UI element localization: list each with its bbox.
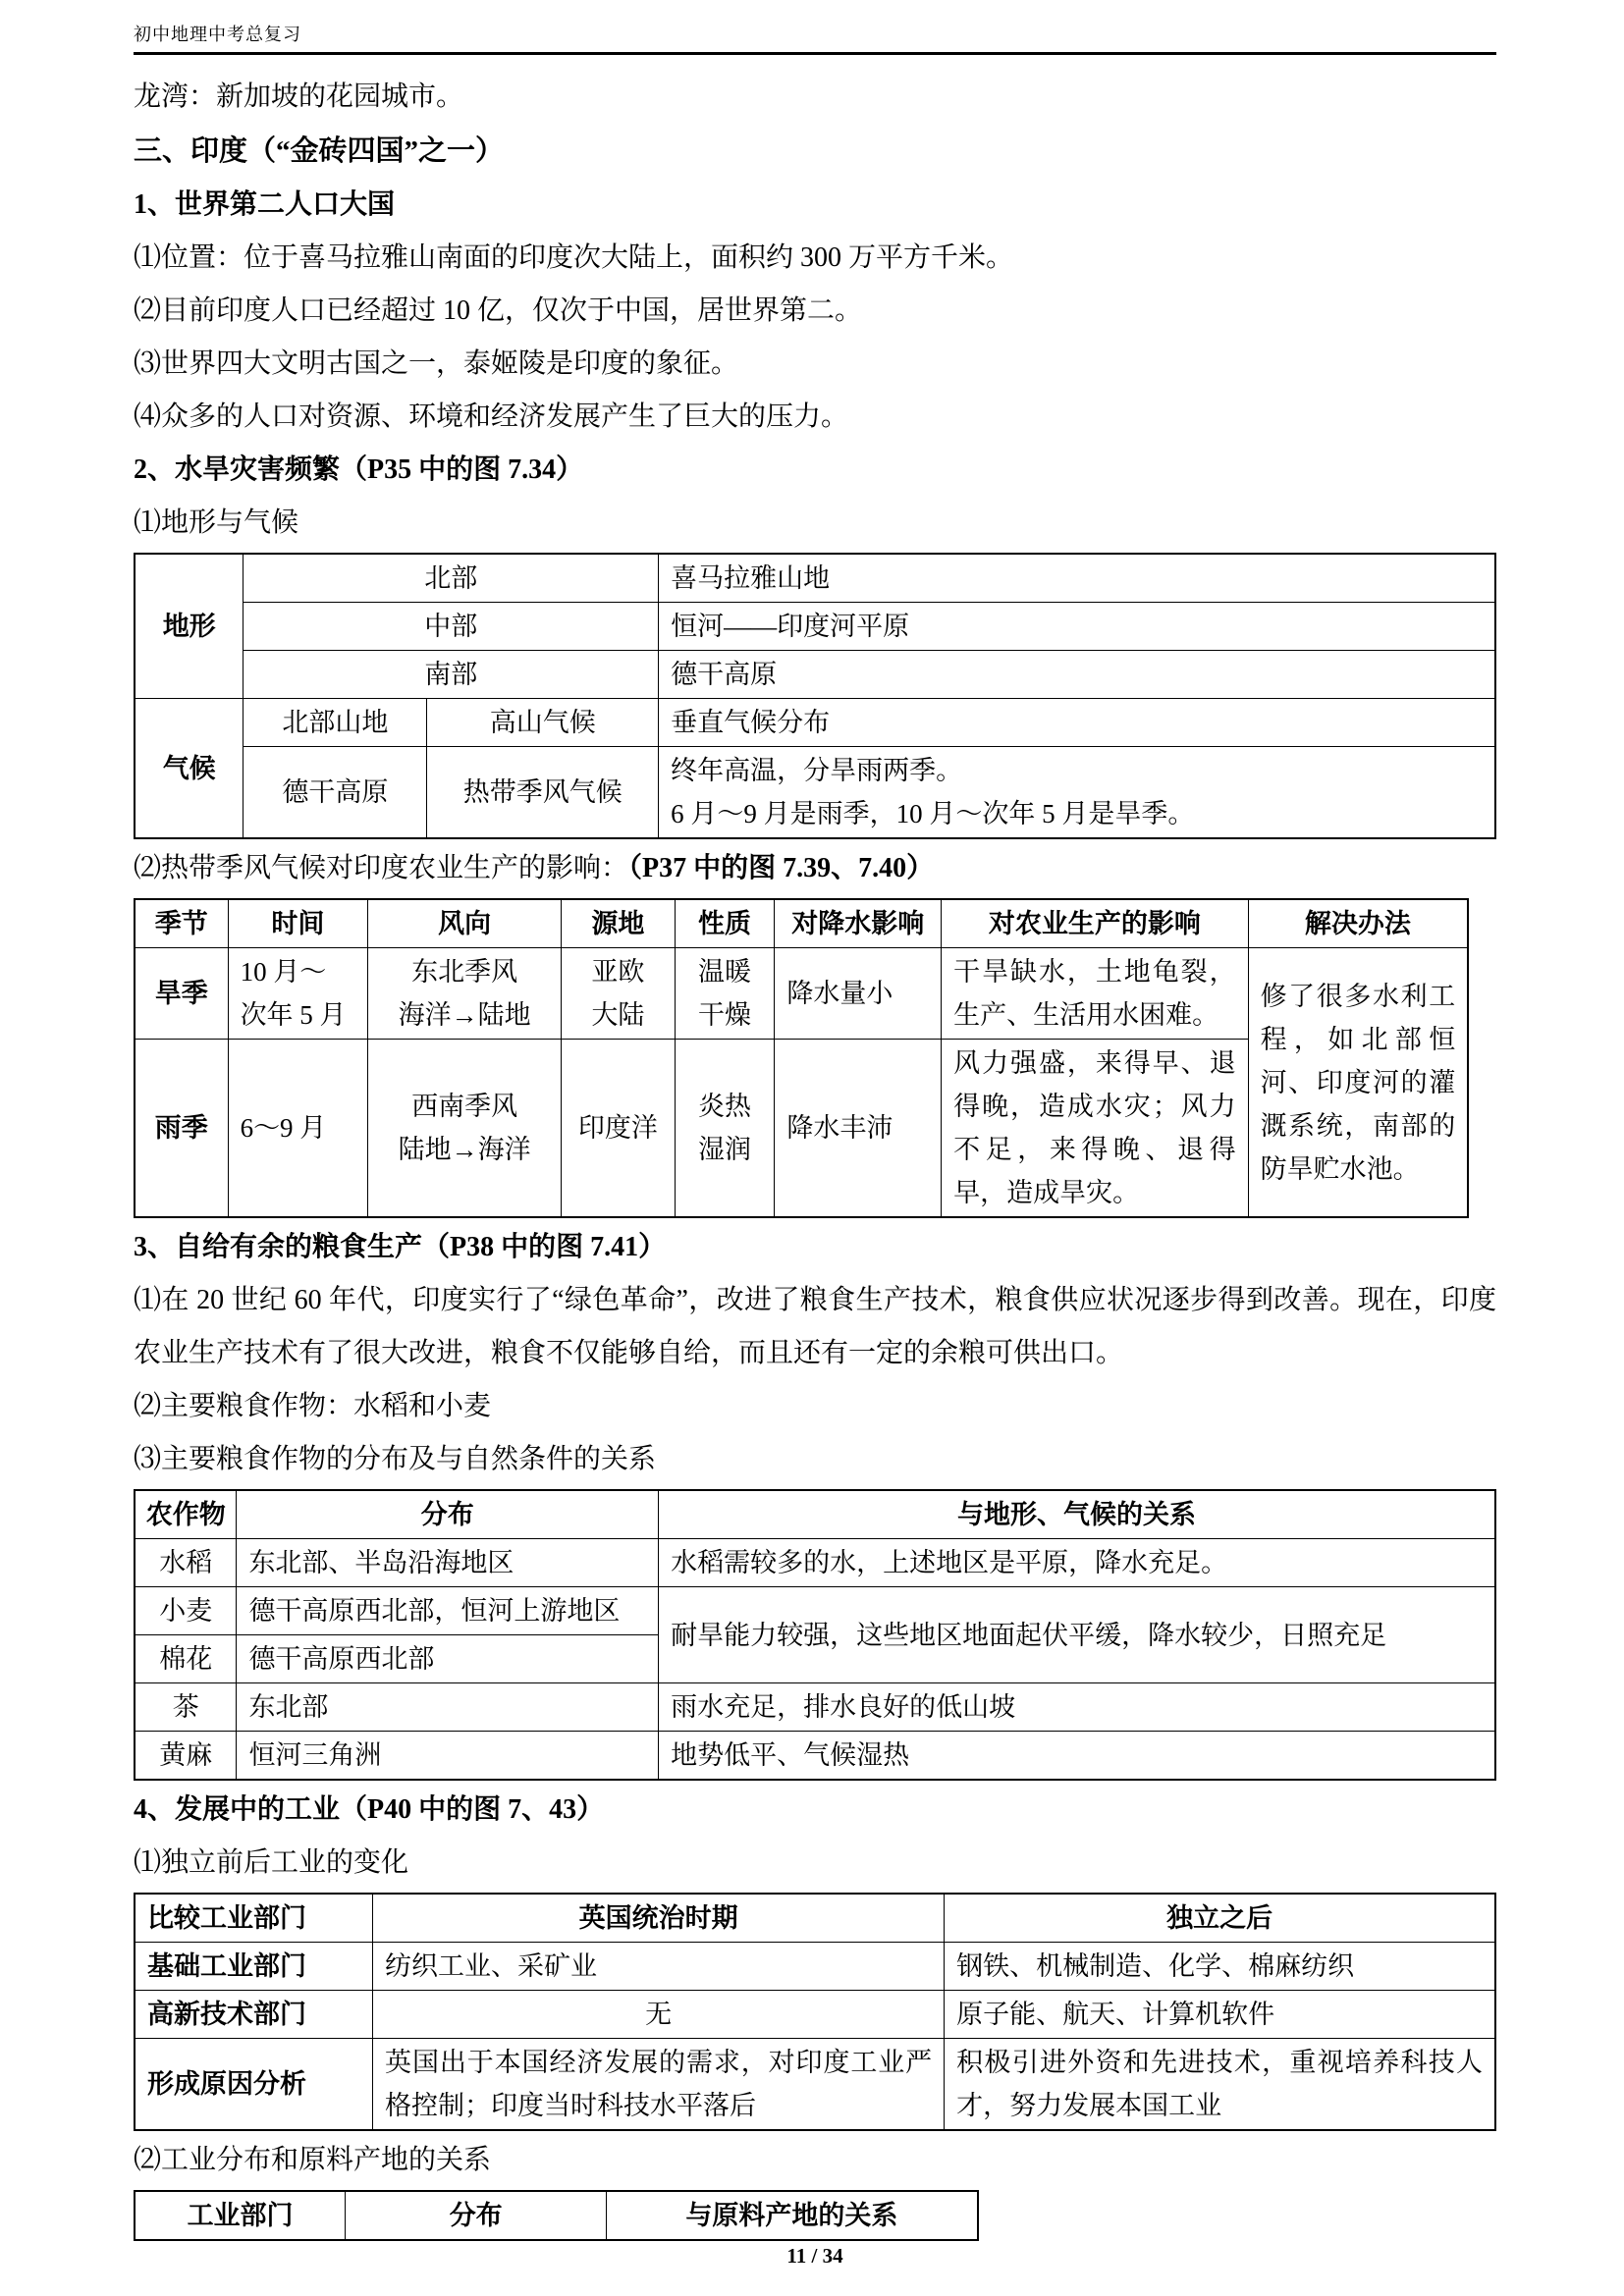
season-wind: 西南季风 陆地→海洋: [368, 1040, 562, 1218]
season-solution: 修了很多水利工程，如北部恒河、印度河的灌溉系统，南部的防旱贮水池。: [1248, 948, 1468, 1218]
sub2-title: 2、水旱灾害频繁（P35 中的图 7.34）: [134, 444, 1496, 497]
crop-dist: 东北部、半岛沿海地区: [237, 1539, 659, 1587]
industry-table: 比较工业部门 英国统治时期 独立之后 基础工业部门 纺织工业、采矿业 钢铁、机械…: [134, 1893, 1496, 2131]
col-header: 独立之后: [945, 1894, 1495, 1943]
doc-header: 初中地理中考总复习: [134, 22, 1496, 47]
industry-colonial: 无: [373, 1991, 945, 2039]
season-agri: 风力强盛，来得早、退得晚，造成水灾；风力不足，来得晚、退得早，造成旱灾。: [942, 1040, 1248, 1218]
col-header: 时间: [228, 899, 368, 948]
col-header: 农作物: [135, 1490, 237, 1539]
sub4-label1: ⑴独立前后工业的变化: [134, 1837, 1496, 1890]
table-row: 中部 恒河——印度河平原: [135, 603, 1495, 651]
sub1-item: ⑵目前印度人口已经超过 10 亿，仅次于中国，居世界第二。: [134, 285, 1496, 338]
crop-relation: 耐旱能力较强，这些地区地面起伏平缓，降水较少，日照充足: [659, 1587, 1495, 1683]
col-header: 与原料产地的关系: [607, 2191, 978, 2240]
sub2-label2-ref: （P37 中的图 7.39、7.40）: [628, 853, 934, 883]
season-source: 亚欧 大陆: [562, 948, 675, 1040]
terrain-part: 南部: [244, 651, 659, 699]
sub3-paragraph: ⑴在 20 世纪 60 年代，印度实行了“绿色革命”，改进了粮食生产技术，粮食供…: [134, 1274, 1496, 1380]
crop-relation: 雨水充足，排水良好的低山坡: [659, 1683, 1495, 1732]
season-nature: 炎热 湿润: [675, 1040, 775, 1218]
table-row: 气候 北部山地 高山气候 垂直气候分布: [135, 699, 1495, 747]
industry-after: 钢铁、机械制造、化学、棉麻纺织: [945, 1943, 1495, 1991]
table-header-row: 工业部门 分布 与原料产地的关系: [135, 2191, 978, 2240]
season-rain: 降水丰沛: [775, 1040, 942, 1218]
cell-line: 次年 5 月: [241, 993, 356, 1037]
cell-line: 10 月～: [241, 950, 356, 993]
sub1-item: ⑷众多的人口对资源、环境和经济发展产生了巨大的压力。: [134, 391, 1496, 444]
cell-line: 海洋→陆地: [380, 993, 549, 1037]
table-row: 地形 北部 喜马拉雅山地: [135, 554, 1495, 603]
crop-relation: 地势低平、气候湿热: [659, 1732, 1495, 1781]
cell-line: 陆地→海洋: [380, 1128, 549, 1171]
table-row: 形成原因分析 英国出于本国经济发展的需求，对印度工业严格控制；印度当时科技水平落…: [135, 2039, 1495, 2131]
industry-row-label: 高新技术部门: [135, 1991, 373, 2039]
cell-line: 终年高温，分旱雨两季。: [671, 749, 1483, 792]
crop-dist: 东北部: [237, 1683, 659, 1732]
climate-type: 高山气候: [427, 699, 659, 747]
crop-dist: 德干高原西北部: [237, 1635, 659, 1683]
cell-line: 干燥: [687, 993, 763, 1037]
table-row: 小麦 德干高原西北部，恒河上游地区 耐旱能力较强，这些地区地面起伏平缓，降水较少…: [135, 1587, 1495, 1635]
cell-line: 温暖: [687, 950, 763, 993]
season-time: 6～9 月: [228, 1040, 368, 1218]
season-time: 10 月～ 次年 5 月: [228, 948, 368, 1040]
col-header: 工业部门: [135, 2191, 346, 2240]
season-source: 印度洋: [562, 1040, 675, 1218]
crop-dist: 德干高原西北部，恒河上游地区: [237, 1587, 659, 1635]
climate-area: 北部山地: [244, 699, 427, 747]
table-row: 德干高原 热带季风气候 终年高温，分旱雨两季。 6 月～9 月是雨季，10 月～…: [135, 747, 1495, 839]
climate-type: 热带季风气候: [427, 747, 659, 839]
industry-colonial: 纺织工业、采矿业: [373, 1943, 945, 1991]
table-row: 高新技术部门 无 原子能、航天、计算机软件: [135, 1991, 1495, 2039]
doc-header-title: 初中地理中考总复习: [134, 25, 301, 44]
terrain-landform: 德干高原: [659, 651, 1495, 699]
table-row: 茶 东北部 雨水充足，排水良好的低山坡: [135, 1683, 1495, 1732]
section-title: 三、印度（“金砖四国”之一）: [134, 124, 1496, 179]
season-name: 旱季: [135, 948, 228, 1040]
table-header-row: 季节 时间 风向 源地 性质 对降水影响 对农业生产的影响 解决办法: [135, 899, 1468, 948]
sub1-title: 1、世界第二人口大国: [134, 179, 1496, 232]
crop-name: 棉花: [135, 1635, 237, 1683]
terrain-part: 中部: [244, 603, 659, 651]
industry-colonial: 英国出于本国经济发展的需求，对印度工业严格控制；印度当时科技水平落后: [373, 2039, 945, 2131]
cell-line: 亚欧: [573, 950, 662, 993]
season-wind: 东北季风 海洋→陆地: [368, 948, 562, 1040]
terrain-part: 北部: [244, 554, 659, 603]
terrain-climate-table: 地形 北部 喜马拉雅山地 中部 恒河——印度河平原 南部 德干高原 气候 北部山…: [134, 553, 1496, 839]
sub1-item: ⑶世界四大文明古国之一，泰姬陵是印度的象征。: [134, 338, 1496, 391]
col-header: 比较工业部门: [135, 1894, 373, 1943]
terrain-group-label: 地形: [135, 554, 244, 699]
crop-dist: 恒河三角洲: [237, 1732, 659, 1781]
terrain-landform: 喜马拉雅山地: [659, 554, 1495, 603]
sub1-item: ⑴位置：位于喜马拉雅山南面的印度次大陆上，面积约 300 万平方千米。: [134, 232, 1496, 285]
sub3-title: 3、自给有余的粮食生产（P38 中的图 7.41）: [134, 1221, 1496, 1274]
table-row: 黄麻 恒河三角洲 地势低平、气候湿热: [135, 1732, 1495, 1781]
col-header: 源地: [562, 899, 675, 948]
season-rain: 降水量小: [775, 948, 942, 1040]
col-header: 对降水影响: [775, 899, 942, 948]
climate-group-label: 气候: [135, 699, 244, 839]
cell-line: 大陆: [573, 993, 662, 1037]
climate-area: 德干高原: [244, 747, 427, 839]
industry-after: 原子能、航天、计算机软件: [945, 1991, 1495, 2039]
table-header-row: 农作物 分布 与地形、气候的关系: [135, 1490, 1495, 1539]
industry-after: 积极引进外资和先进技术，重视培养科技人才，努力发展本国工业: [945, 2039, 1495, 2131]
table-row: 水稻 东北部、半岛沿海地区 水稻需较多的水，上述地区是平原，降水充足。: [135, 1539, 1495, 1587]
season-agri: 干旱缺水，土地龟裂，生产、生活用水困难。: [942, 948, 1248, 1040]
climate-feature: 垂直气候分布: [659, 699, 1495, 747]
sub2-label2-text: ⑵热带季风气候对印度农业生产的影响：: [134, 853, 628, 883]
industry-row-label: 形成原因分析: [135, 2039, 373, 2131]
crop-name: 水稻: [135, 1539, 237, 1587]
table-row: 基础工业部门 纺织工业、采矿业 钢铁、机械制造、化学、棉麻纺织: [135, 1943, 1495, 1991]
cell-line: 炎热: [687, 1085, 763, 1128]
col-header: 英国统治时期: [373, 1894, 945, 1943]
season-name: 雨季: [135, 1040, 228, 1218]
intro-line: 龙湾：新加坡的花园城市。: [134, 71, 1496, 124]
crop-name: 小麦: [135, 1587, 237, 1635]
sub3-item2: ⑵主要粮食作物：水稻和小麦: [134, 1380, 1496, 1433]
season-table: 季节 时间 风向 源地 性质 对降水影响 对农业生产的影响 解决办法 旱季 10…: [134, 898, 1469, 1218]
crop-name: 黄麻: [135, 1732, 237, 1781]
col-header: 性质: [675, 899, 775, 948]
sub2-label2: ⑵热带季风气候对印度农业生产的影响：（P37 中的图 7.39、7.40）: [134, 842, 1496, 895]
climate-feature: 终年高温，分旱雨两季。 6 月～9 月是雨季，10 月～次年 5 月是旱季。: [659, 747, 1495, 839]
table-header-row: 比较工业部门 英国统治时期 独立之后: [135, 1894, 1495, 1943]
col-header: 对农业生产的影响: [942, 899, 1248, 948]
sub4-title: 4、发展中的工业（P40 中的图 7、43）: [134, 1784, 1496, 1837]
col-header: 解决办法: [1248, 899, 1468, 948]
col-header: 分布: [346, 2191, 607, 2240]
cell-line: 湿润: [687, 1128, 763, 1171]
sub3-item3: ⑶主要粮食作物的分布及与自然条件的关系: [134, 1433, 1496, 1486]
sub2-label1: ⑴地形与气候: [134, 497, 1496, 550]
document-page: 初中地理中考总复习 龙湾：新加坡的花园城市。 三、印度（“金砖四国”之一） 1、…: [0, 0, 1624, 2296]
table-row: 南部 德干高原: [135, 651, 1495, 699]
page-number: 11 / 34: [134, 2244, 1496, 2269]
crop-name: 茶: [135, 1683, 237, 1732]
crops-table: 农作物 分布 与地形、气候的关系 水稻 东北部、半岛沿海地区 水稻需较多的水，上…: [134, 1489, 1496, 1781]
cell-line: 6 月～9 月是雨季，10 月～次年 5 月是旱季。: [671, 792, 1483, 835]
col-header: 风向: [368, 899, 562, 948]
col-header: 分布: [237, 1490, 659, 1539]
terrain-landform: 恒河——印度河平原: [659, 603, 1495, 651]
cell-line: 东北季风: [380, 950, 549, 993]
industry-row-label: 基础工业部门: [135, 1943, 373, 1991]
col-header: 季节: [135, 899, 228, 948]
table-row: 旱季 10 月～ 次年 5 月 东北季风 海洋→陆地 亚欧 大陆 温暖 干燥 降…: [135, 948, 1468, 1040]
season-nature: 温暖 干燥: [675, 948, 775, 1040]
industry-distribution-table: 工业部门 分布 与原料产地的关系: [134, 2190, 979, 2241]
header-rule: [134, 52, 1496, 55]
col-header: 与地形、气候的关系: [659, 1490, 1495, 1539]
sub4-label2: ⑵工业分布和原料产地的关系: [134, 2134, 1496, 2187]
crop-relation: 水稻需较多的水，上述地区是平原，降水充足。: [659, 1539, 1495, 1587]
cell-line: 西南季风: [380, 1085, 549, 1128]
